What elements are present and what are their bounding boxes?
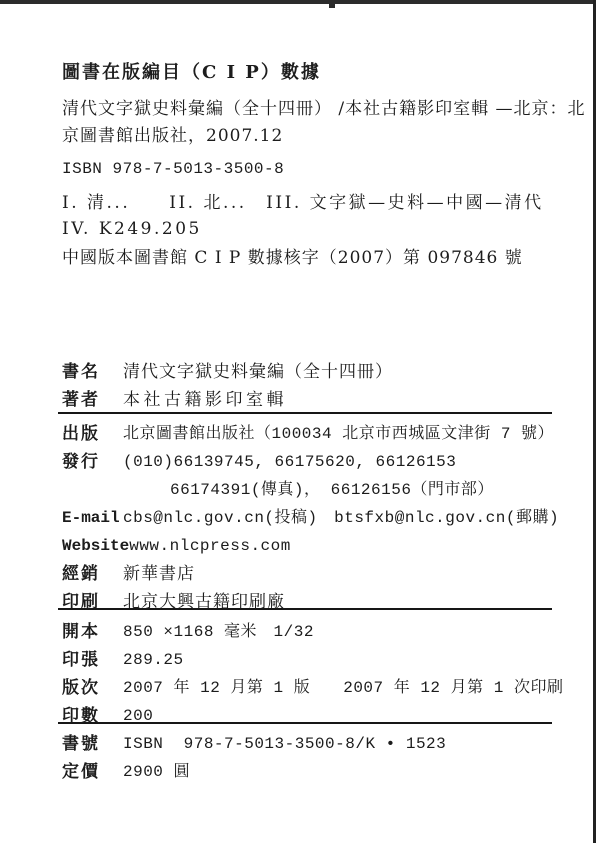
row-book-title: 書名 清代文字獄史料彙編（全十四冊） bbox=[62, 358, 554, 386]
cip-description-line1: 清代文字獄史料彙編（全十四冊） /本社古籍影印室輯 —北京：北 bbox=[62, 96, 586, 123]
row-printed-sheets-label: 印張 bbox=[62, 646, 123, 674]
row-price: 定價 2900 圓 bbox=[62, 758, 554, 786]
scan-edge-top bbox=[0, 0, 594, 4]
row-book-number-label: 書號 bbox=[62, 730, 123, 758]
row-website: Website www.nlcpress.com bbox=[62, 532, 554, 560]
row-print-run: 印數 200 bbox=[62, 702, 554, 730]
cip-bibliographic-description: 清代文字獄史料彙編（全十四冊） /本社古籍影印室輯 —北京：北 京圖書館出版社，… bbox=[62, 96, 586, 150]
row-edition-label: 版次 bbox=[62, 674, 123, 702]
row-retailer-label: 經銷 bbox=[62, 560, 123, 588]
row-edition-value: 2007 年 12 月第 1 版 2007 年 12 月第 1 次印刷 bbox=[123, 674, 563, 702]
row-format-label: 開本 bbox=[62, 618, 123, 646]
row-printed-sheets-value: 289.25 bbox=[123, 646, 554, 674]
row-retailer: 經銷 新華書店 bbox=[62, 560, 554, 588]
row-author-label: 著者 bbox=[62, 386, 123, 414]
row-price-label: 定價 bbox=[62, 758, 123, 786]
cip-data-header: 圖書在版編目（C I P）數據 bbox=[62, 58, 321, 84]
cip-classification-line1: I. 清... II. 北... III. 文字獄—史料—中國—清代 bbox=[62, 190, 544, 216]
row-distribution-phones: 發行 (010)66139745, 66175620, 66126153 bbox=[62, 448, 554, 476]
row-printer-label: 印刷 bbox=[62, 588, 123, 616]
isbn-number: ISBN 978-7-5013-3500-8 bbox=[62, 160, 284, 178]
row-email-value: cbs@nlc.gov.cn(投稿) btsfxb@nlc.gov.cn(郵購) bbox=[123, 504, 559, 532]
row-author: 著者 本社古籍影印室輯 bbox=[62, 386, 554, 414]
row-retailer-value: 新華書店 bbox=[123, 560, 554, 588]
book-copyright-page: 圖書在版編目（C I P）數據 清代文字獄史料彙編（全十四冊） /本社古籍影印室… bbox=[0, 0, 597, 843]
row-printed-sheets: 印張 289.25 bbox=[62, 646, 554, 674]
row-email-label: E-mail bbox=[62, 504, 123, 532]
row-distribution-value: (010)66139745, 66175620, 66126153 bbox=[123, 448, 554, 476]
row-publisher-label: 出版 bbox=[62, 420, 123, 448]
row-printer: 印刷 北京大興古籍印刷廠 bbox=[62, 588, 554, 616]
row-price-value: 2900 圓 bbox=[123, 758, 554, 786]
scan-artifact-notch bbox=[329, 4, 335, 8]
row-book-number: 書號 ISBN 978-7-5013-3500-8/K • 1523 bbox=[62, 730, 554, 758]
row-book-title-value: 清代文字獄史料彙編（全十四冊） bbox=[123, 358, 554, 386]
scan-edge-right bbox=[593, 0, 596, 843]
cip-classification-line2: IV. K249.205 bbox=[62, 216, 544, 242]
row-distribution-phones-2: 66174391(傳真)， 66126156（門市部） bbox=[62, 476, 554, 504]
row-website-value: www.nlcpress.com bbox=[129, 532, 554, 560]
row-author-value: 本社古籍影印室輯 bbox=[123, 386, 554, 414]
cip-classification: I. 清... II. 北... III. 文字獄—史料—中國—清代 IV. K… bbox=[62, 190, 544, 242]
row-publisher: 出版 北京圖書館出版社（100034 北京市西城區文津街 7 號） bbox=[62, 420, 554, 448]
cip-record-number: 中國版本圖書館 C I P 數據核字（2007）第 097846 號 bbox=[62, 243, 523, 268]
row-publisher-value: 北京圖書館出版社（100034 北京市西城區文津街 7 號） bbox=[123, 420, 554, 448]
row-format: 開本 850 ×1168 毫米 1/32 bbox=[62, 618, 554, 646]
row-format-value: 850 ×1168 毫米 1/32 bbox=[123, 618, 554, 646]
row-edition: 版次 2007 年 12 月第 1 版 2007 年 12 月第 1 次印刷 bbox=[62, 674, 554, 702]
row-website-label: Website bbox=[62, 532, 129, 560]
row-book-number-value: ISBN 978-7-5013-3500-8/K • 1523 bbox=[123, 730, 554, 758]
row-distribution-2-label bbox=[62, 476, 123, 504]
row-distribution-label: 發行 bbox=[62, 448, 123, 476]
row-book-title-label: 書名 bbox=[62, 358, 123, 386]
cip-description-line2: 京圖書館出版社，2007.12 bbox=[62, 123, 586, 150]
row-distribution-2-value: 66174391(傳真)， 66126156（門市部） bbox=[123, 476, 554, 504]
row-print-run-label: 印數 bbox=[62, 702, 123, 730]
row-email: E-mail cbs@nlc.gov.cn(投稿) btsfxb@nlc.gov… bbox=[62, 504, 554, 532]
row-printer-value: 北京大興古籍印刷廠 bbox=[123, 588, 554, 616]
row-print-run-value: 200 bbox=[123, 702, 554, 730]
colophon-table: 書名 清代文字獄史料彙編（全十四冊） 著者 本社古籍影印室輯 出版 北京圖書館出… bbox=[62, 358, 554, 786]
